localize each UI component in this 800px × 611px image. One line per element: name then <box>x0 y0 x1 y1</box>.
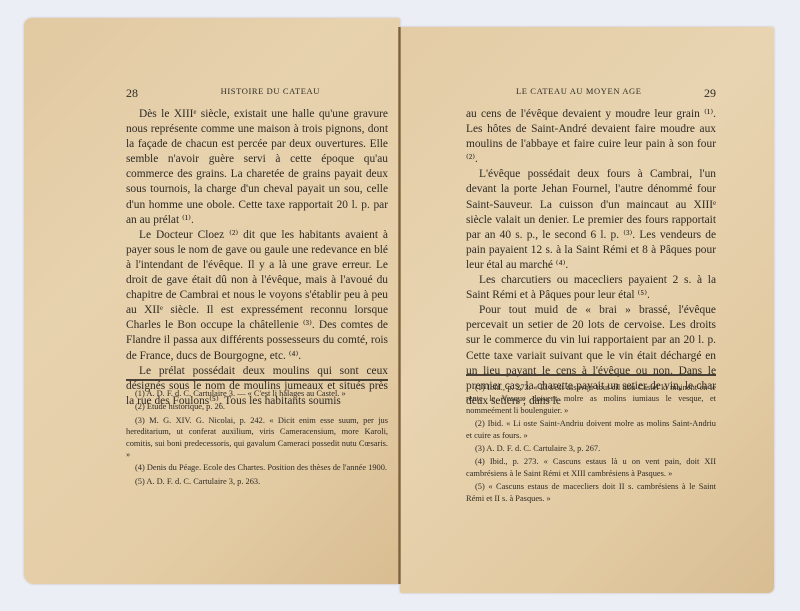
paragraph: Le Docteur Cloez ⁽²⁾ dit que les habitan… <box>126 228 388 364</box>
footnote: (2) Etude historique, p. 26. <box>126 401 388 412</box>
book-gutter <box>398 27 401 584</box>
left-body: Dès le XIIIᵉ siècle, existait une halle … <box>126 107 388 409</box>
footnote: (3) A. D. F. d. C. Cartulaire 3, p. 267. <box>466 443 716 454</box>
paragraph: Les charcutiers ou macecliers payaient 2… <box>466 273 716 303</box>
right-running-head: LE CATEAU AU MOYEN AGE 29 <box>466 86 716 100</box>
footnote: (1) A. D. F. d. C. Cartulaire 3. — « C'e… <box>126 388 388 399</box>
footnote: (4) Ibid., p. 273. « Cascuns estaus là u… <box>466 456 716 479</box>
footnote: (4) Denis du Péage. Ecole des Chartes. P… <box>126 462 388 473</box>
footnote: (3) M. G. XIV. G. Nicolai, p. 242. « Dic… <box>126 415 388 461</box>
footnote: (5) A. D. F. d. C. Cartulaire 3, p. 263. <box>126 476 388 487</box>
footnote-rule <box>126 379 388 381</box>
paragraph: L'évêque possédait deux fours à Cambrai,… <box>466 167 716 273</box>
left-running-head: 28 HISTOIRE DU CATEAU <box>126 86 388 100</box>
footnote: (2) Ibid. « Li oste Saint-Andriu doivent… <box>466 418 716 441</box>
footnote-rule <box>466 374 716 376</box>
paragraph: Dès le XIIIᵉ siècle, existait une halle … <box>126 107 388 228</box>
page-number: 29 <box>704 86 716 100</box>
running-title: HISTOIRE DU CATEAU <box>221 86 320 100</box>
right-page: LE CATEAU AU MOYEN AGE 29 au cens de l'é… <box>400 27 774 593</box>
right-footnotes: (1) Ibid., p. 273. « Et s'est assavoir t… <box>466 382 716 506</box>
page-number: 28 <box>126 86 138 100</box>
footnote: (5) « Cascuns estaus de macecliers doit … <box>466 481 716 504</box>
footnote: (1) Ibid., p. 273. « Et s'est assavoir t… <box>466 382 716 416</box>
right-body: au cens de l'évêque devaient y moudre le… <box>466 107 716 409</box>
left-footnotes: (1) A. D. F. d. C. Cartulaire 3. — « C'e… <box>126 388 388 489</box>
running-title: LE CATEAU AU MOYEN AGE <box>516 86 642 100</box>
paragraph: au cens de l'évêque devaient y moudre le… <box>466 107 716 167</box>
left-page: 28 HISTOIRE DU CATEAU Dès le XIIIᵉ siècl… <box>24 18 400 584</box>
